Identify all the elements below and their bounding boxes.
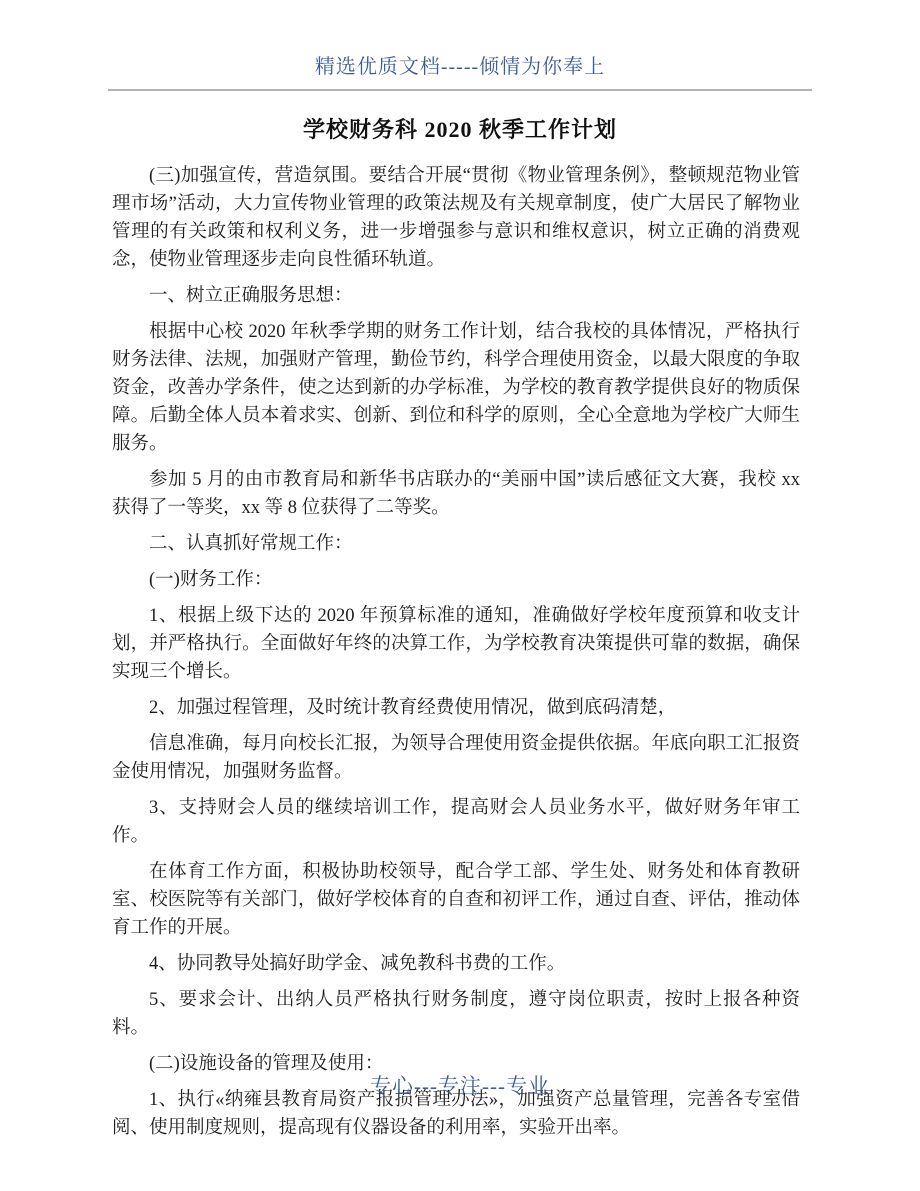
header-watermark-text: 精选优质文档-----倾情为你奉上 <box>0 0 920 79</box>
doc-paragraph: 一、树立正确服务思想： <box>112 282 800 310</box>
footer-watermark-text: 专心---专注---专业 <box>0 1070 920 1100</box>
doc-paragraph: 4、协同教导处搞好助学金、减免教科书费的工作。 <box>112 950 800 978</box>
doc-paragraph: 5、要求会计、出纳人员严格执行财务制度，遵守岗位职责，按时上报各种资料。 <box>112 986 800 1042</box>
doc-paragraph: 二、认真抓好常规工作： <box>112 530 800 558</box>
doc-paragraph: 在体育工作方面，积极协助校领导，配合学工部、学生处、财务处和体育教研室、校医院等… <box>112 858 800 942</box>
doc-paragraph: 信息准确，每月向校长汇报，为领导合理使用资金提供依据。年底向职工汇报资金使用情况… <box>112 730 800 786</box>
doc-paragraph: 参加 5 月的由市教育局和新华书店联办的“美丽中国”读后感征文大赛，我校 xx … <box>112 466 800 522</box>
doc-paragraph: (一)财务工作： <box>112 566 800 594</box>
doc-paragraph: 根据中心校 2020 年秋季学期的财务工作计划，结合我校的具体情况，严格执行财务… <box>112 318 800 458</box>
doc-paragraph: 1、根据上级下达的 2020 年预算标准的通知，准确做好学校年度预算和收支计划，… <box>112 602 800 686</box>
document-body: (三)加强宣传，营造氛围。要结合开展“贯彻《物业管理条例》，整顿规范物业管理市场… <box>112 162 800 1142</box>
document-page: 精选优质文档-----倾情为你奉上 学校财务科 2020 秋季工作计划 (三)加… <box>0 0 920 1191</box>
page-title: 学校财务科 2020 秋季工作计划 <box>0 113 920 144</box>
doc-paragraph: 3、支持财会人员的继续培训工作，提高财会人员业务水平，做好财务年审工作。 <box>112 794 800 850</box>
doc-paragraph: (三)加强宣传，营造氛围。要结合开展“贯彻《物业管理条例》，整顿规范物业管理市场… <box>112 162 800 274</box>
doc-paragraph: 2、加强过程管理，及时统计教育经费使用情况，做到底码清楚， <box>112 694 800 722</box>
header-divider-line <box>108 89 812 91</box>
